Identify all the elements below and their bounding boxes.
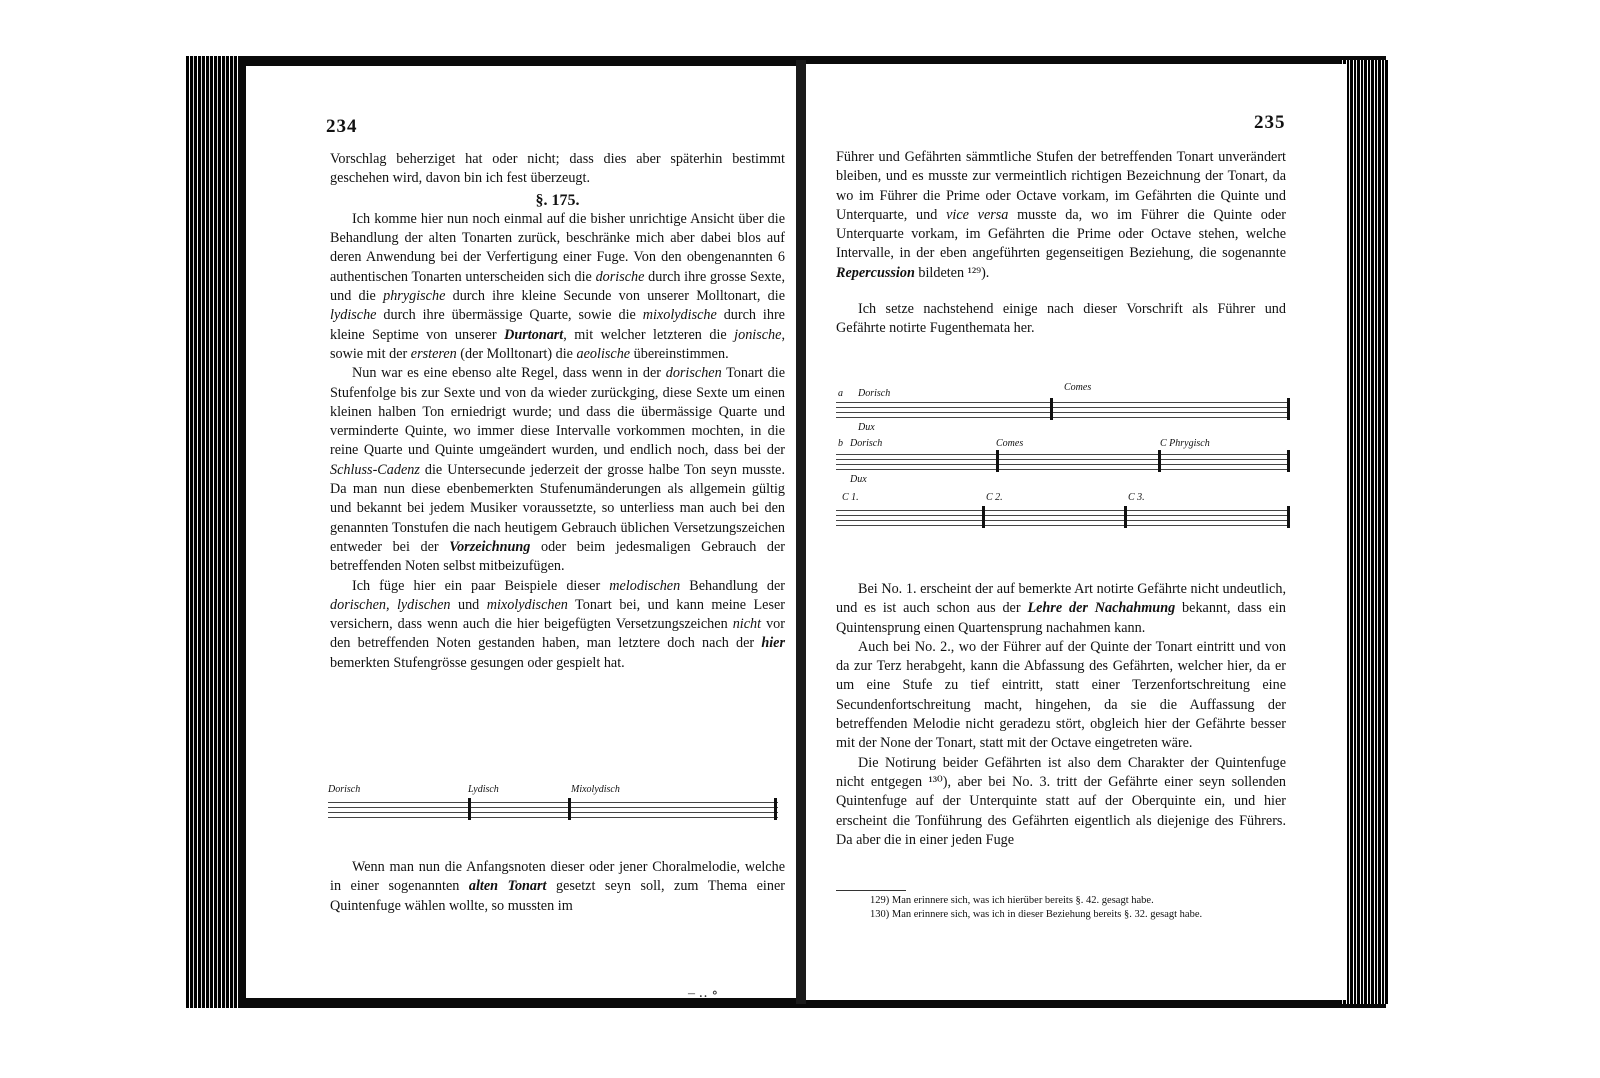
- row-c-label-1: C 1.: [842, 492, 859, 503]
- emphasis-text: mixolydischen: [487, 597, 568, 613]
- label-dorisch: Dorisch: [328, 784, 360, 795]
- text-run: bildeten ¹²⁹).: [915, 265, 990, 281]
- text-run: Vorschlag beherziget hat oder nicht; das…: [330, 151, 785, 186]
- emphasis-text: dorischen: [666, 365, 722, 381]
- row-c-label-2: C 2.: [986, 492, 1003, 503]
- emphasis-text: Durtonart: [504, 327, 563, 343]
- right-page: 235 Führer und Gefährten sämmtliche Stuf…: [806, 64, 1346, 1000]
- scan-artifact: ‒ ‥ ∘: [688, 985, 718, 1002]
- row-c-label-3: C 3.: [1128, 492, 1145, 503]
- emphasis-text: melodischen: [609, 578, 680, 594]
- emphasis-text: hier: [761, 635, 785, 651]
- footnote-129: 129) Man erinnere sich, was ich hierüber…: [870, 894, 1290, 908]
- row-b-phrygisch: C Phrygisch: [1160, 438, 1210, 449]
- emphasis-text: dorische: [596, 269, 645, 285]
- label-mixolydisch: Mixolydisch: [571, 784, 620, 795]
- barline: [1287, 450, 1290, 472]
- barline: [982, 506, 985, 528]
- emphasis-text: mixolydische: [643, 307, 717, 323]
- left-page-number: 234: [326, 116, 358, 138]
- row-b-letter: b: [838, 438, 843, 449]
- emphasis-text: vice versa: [946, 207, 1008, 223]
- left-closing-paragraph: Wenn man nun die Anfangsnoten dieser ode…: [330, 858, 785, 916]
- paragraph: Nun war es eine ebenso alte Regel, dass …: [330, 364, 785, 576]
- paragraph: Wenn man nun die Anfangsnoten dieser ode…: [330, 858, 785, 916]
- text-run: durch ihre kleine Secunde von unserer Mo…: [445, 288, 785, 304]
- label-lydisch: Lydisch: [468, 784, 499, 795]
- emphasis-text: Vorzeichnung: [449, 539, 530, 555]
- text-run: Auch bei No. 2., wo der Führer auf der Q…: [836, 639, 1286, 751]
- paragraph: Führer und Gefährten sämmtliche Stufen d…: [836, 148, 1286, 283]
- text-run: , mit welcher letzteren die: [563, 327, 734, 343]
- row-b-mode: Dorisch: [850, 438, 882, 449]
- emphasis-text: aeolische: [577, 346, 631, 362]
- left-page-edges: [186, 56, 238, 1008]
- right-second-paragraph: Ich setze nachstehend einige nach dieser…: [836, 300, 1286, 339]
- row-b-comes: Comes: [996, 438, 1023, 449]
- emphasis-text: phrygische: [383, 288, 445, 304]
- text-run: (der Molltonart) die: [457, 346, 577, 362]
- text-run: übereinstimmen.: [630, 346, 729, 362]
- text-run: Die Notirung beider Gefährten ist also d…: [836, 755, 1286, 848]
- footnotes: 129) Man erinnere sich, was ich hierüber…: [870, 894, 1290, 922]
- paragraph-text: Ich setze nachstehend einige nach dieser…: [836, 300, 1286, 339]
- barline: [1287, 506, 1290, 528]
- right-page-number: 235: [1254, 112, 1286, 134]
- paragraph: Bei No. 1. erscheint der auf bemerkte Ar…: [836, 580, 1286, 638]
- section-heading: §. 175.: [330, 191, 785, 210]
- music-staff: [328, 798, 778, 820]
- paragraph: Auch bei No. 2., wo der Führer auf der Q…: [836, 638, 1286, 754]
- emphasis-text: Lehre der Nachahmung: [1027, 600, 1175, 616]
- emphasis-text: ersteren: [411, 346, 457, 362]
- emphasis-text: jonische: [734, 327, 781, 343]
- right-page-body: Bei No. 1. erscheint der auf bemerkte Ar…: [836, 580, 1286, 850]
- emphasis-text: Repercussion: [836, 265, 915, 281]
- barline: [1158, 450, 1161, 472]
- book-gutter: [796, 60, 806, 1004]
- emphasis-text: dorischen, lydischen: [330, 597, 451, 613]
- paragraph: Vorschlag beherziget hat oder nicht; das…: [330, 150, 785, 189]
- paragraph: Ich komme hier nun noch einmal auf die b…: [330, 210, 785, 364]
- right-page-edges: [1340, 60, 1388, 1004]
- emphasis-text: Schluss-Cadenz: [330, 462, 420, 478]
- row-b-dux: Dux: [850, 474, 867, 485]
- barline: [468, 798, 471, 820]
- staff-row-b: [836, 450, 1290, 472]
- left-page: 234 Vorschlag beherziget hat oder nicht;…: [246, 66, 796, 998]
- text-run: Ich füge hier ein paar Beispiele dieser: [352, 578, 609, 594]
- barline: [996, 450, 999, 472]
- barline: [1050, 398, 1053, 420]
- barline: [1124, 506, 1127, 528]
- paragraph: Die Notirung beider Gefährten ist also d…: [836, 754, 1286, 850]
- footnote-130: 130) Man erinnere sich, was ich in diese…: [870, 908, 1290, 922]
- text-run: und: [451, 597, 487, 613]
- footnote-rule: [836, 890, 906, 891]
- barline: [774, 798, 777, 820]
- barline: [1287, 398, 1290, 420]
- emphasis-text: nicht: [733, 616, 761, 632]
- emphasis-text: lydische: [330, 307, 376, 323]
- left-page-body: Vorschlag beherziget hat oder nicht; das…: [330, 150, 785, 673]
- row-a-comes: Comes: [1064, 382, 1091, 393]
- right-opening-paragraph: Führer und Gefährten sämmtliche Stufen d…: [836, 148, 1286, 283]
- staff-row-c: [836, 506, 1290, 528]
- paragraph: Ich füge hier ein paar Beispiele dieser …: [330, 577, 785, 673]
- barline: [568, 798, 571, 820]
- text-run: Nun war es eine ebenso alte Regel, dass …: [352, 365, 666, 381]
- staff-row-a: [836, 398, 1290, 420]
- text-run: bemerkten Stufengrösse gesungen oder ges…: [330, 655, 625, 671]
- row-a-dux: Dux: [858, 422, 875, 433]
- text-run: Behandlung der: [680, 578, 785, 594]
- emphasis-text: alten Tonart: [469, 878, 547, 894]
- text-run: durch ihre übermässige Quarte, sowie die: [376, 307, 642, 323]
